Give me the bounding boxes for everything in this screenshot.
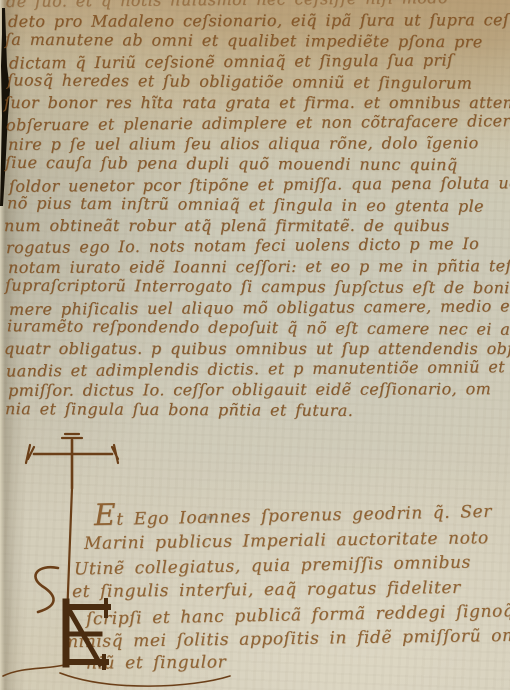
notary-sign-icon [0, 430, 270, 690]
manuscript-page: de ſuo. et q̃ notis huiusmõi nec ceſsiſſ… [0, 0, 510, 690]
